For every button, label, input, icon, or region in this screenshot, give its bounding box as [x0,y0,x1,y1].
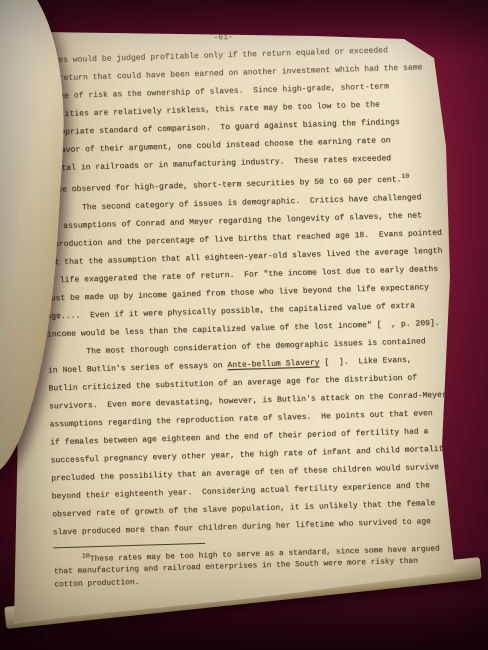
superscript-number: 10 [401,173,409,180]
page-text: -61- slaves would be judged profitable o… [38,23,460,592]
underlined-title: Ante-bellum Slavery [227,358,319,370]
photo-of-document: -61- slaves would be judged profitable o… [0,0,488,650]
page-body: slaves would be judged profitable only i… [39,41,459,542]
text-segment [53,556,82,565]
document-page: -61- slaves would be judged profitable o… [14,26,464,632]
text-segment: cotton production. [54,579,139,590]
text-segment: in Noel Butlin's series of essays on [48,361,228,375]
text-segment: [ ]. Like Evans, [319,355,411,367]
